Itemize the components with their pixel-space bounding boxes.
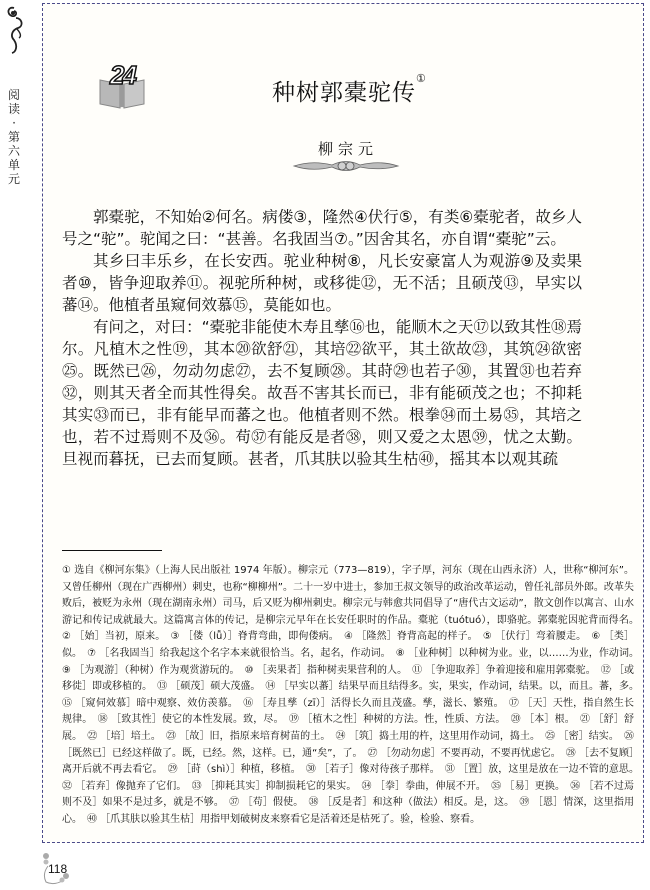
article-body: 郭橐驼，不知始②何名。病偻③，隆然④伏行⑤，有类⑥橐驼者，故乡人号之“驼”。驼闻… — [62, 206, 582, 470]
unit-label-char: 阅 — [7, 88, 21, 102]
lesson-number: 24 — [110, 60, 135, 91]
scroll-ornament-icon — [4, 4, 26, 54]
floral-flourish-icon — [292, 156, 400, 176]
unit-label-char: 六 — [7, 144, 21, 158]
footnotes: ① 选自《柳河东集》（上海人民出版社 1974 年版）。柳宗元（773—819）… — [62, 563, 634, 829]
unit-label-char: 第 — [7, 130, 21, 144]
page-title: 种树郭橐驼传① — [272, 74, 427, 107]
paragraph: 其乡曰丰乐乡，在长安西。驼业种树⑧，凡长安豪富人为观游⑨及卖果者⑩，皆争迎取养⑪… — [62, 250, 582, 316]
footnote-divider — [62, 550, 162, 551]
paragraph: 郭橐驼，不知始②何名。病偻③，隆然④伏行⑤，有类⑥橐驼者，故乡人号之“驼”。驼闻… — [62, 206, 582, 250]
title-footnote-mark: ① — [416, 72, 427, 85]
unit-label: 阅 读 · 第 六 单 元 — [7, 88, 21, 186]
unit-label-char: · — [7, 116, 21, 130]
footnote-block: ① 选自《柳河东集》（上海人民出版社 1974 年版）。柳宗元（773—819）… — [62, 563, 634, 829]
lesson-badge: 24 — [98, 58, 146, 110]
title-text: 种树郭橐驼传 — [272, 80, 416, 106]
unit-label-char: 单 — [7, 158, 21, 172]
paragraph: 有问之，对曰：“橐驼非能使木寿且孳⑯也，能顺木之天⑰以致其性⑱焉尔。凡植木之性⑲… — [62, 316, 582, 470]
unit-label-char: 元 — [7, 172, 21, 186]
page-number: 118 — [48, 862, 67, 876]
unit-label-char: 读 — [7, 102, 21, 116]
